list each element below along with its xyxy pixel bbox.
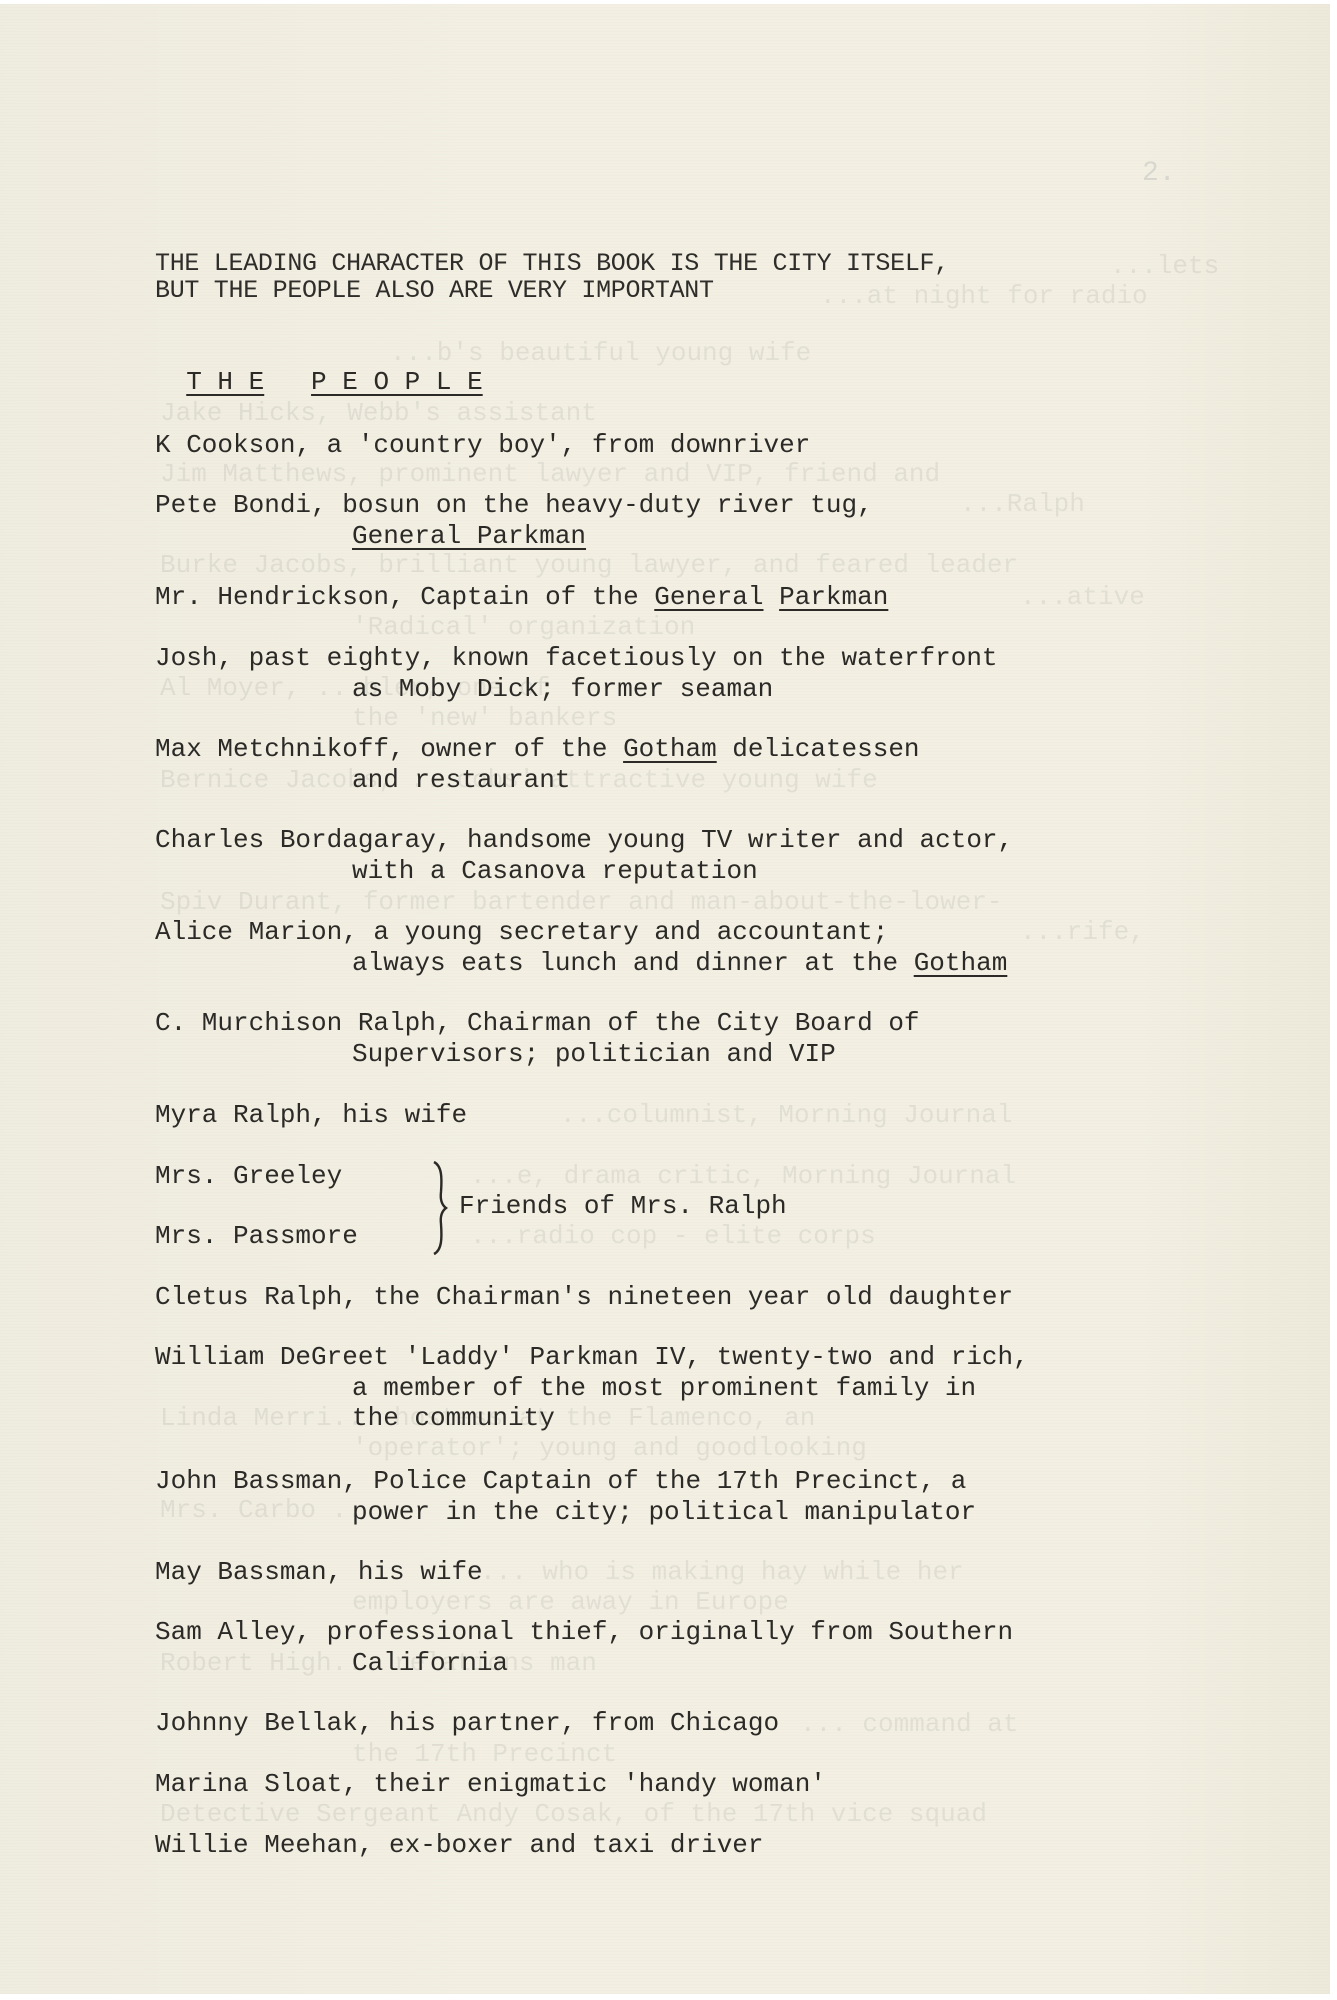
showthrough-line: Jim Matthews, prominent lawyer and VIP, … [160, 459, 940, 489]
showthrough-line: Spiv Durant, former bartender and man-ab… [160, 887, 1003, 917]
showthrough-line: Mrs. Carbo ... [160, 1495, 378, 1525]
character-entry: John Bassman, Police Captain of the 17th… [155, 1466, 966, 1496]
character-entry-continuation: as Moby Dick; former seaman [352, 674, 773, 704]
showthrough-line: Jake Hicks, Webb's assistant [160, 398, 597, 428]
showthrough-line: ...lets [1110, 251, 1219, 281]
character-entry: Charles Bordagaray, handsome young TV wr… [155, 825, 1013, 855]
grouping-brace-icon [430, 1160, 450, 1256]
character-entry: C. Murchison Ralph, Chairman of the City… [155, 1008, 920, 1038]
ship-name: General Parkman [352, 521, 586, 551]
restaurant-name: Gotham [623, 734, 717, 764]
showthrough-line: ...e, drama critic, Morning Journal [470, 1161, 1016, 1191]
character-entry: Mr. Hendrickson, Captain of the General … [155, 582, 888, 612]
character-entry: Marina Sloat, their enigmatic 'handy wom… [155, 1769, 826, 1799]
entry-text: Mr. Hendrickson, Captain of the [155, 582, 654, 612]
character-entry: Willie Meehan, ex-boxer and taxi driver [155, 1830, 764, 1860]
showthrough-line: ...radio cop - elite corps [470, 1221, 876, 1251]
character-entry: William DeGreet 'Laddy' Parkman IV, twen… [155, 1342, 1029, 1372]
character-entry: Sam Alley, professional thief, originall… [155, 1617, 1013, 1647]
showthrough-line: Burke Jacobs, brilliant young lawyer, an… [160, 550, 1018, 580]
character-entry: Pete Bondi, bosun on the heavy-duty rive… [155, 490, 873, 520]
character-entry: Mrs. Greeley [155, 1161, 342, 1191]
character-entry-continuation: and restaurant [352, 765, 570, 795]
showthrough-line: Detective Sergeant Andy Cosak, of the 17… [160, 1799, 987, 1829]
entry-text: always eats lunch and dinner at the [352, 948, 914, 978]
character-entry-continuation: California [352, 1648, 508, 1678]
showthrough-line: 'operator'; young and goodlooking [352, 1433, 867, 1463]
group-note: Friends of Mrs. Ralph [459, 1191, 787, 1221]
intro-heading-line-1: THE LEADING CHARACTER OF THIS BOOK IS TH… [155, 249, 949, 279]
ship-name-part: General [654, 582, 763, 612]
character-entry: K Cookson, a 'country boy', from downriv… [155, 430, 810, 460]
showthrough-line: employers are away in Europe [352, 1587, 789, 1617]
showthrough-line: ...Ralph [960, 489, 1085, 519]
ship-name-part: Parkman [779, 582, 888, 612]
showthrough-line: ...at night for radio [820, 281, 1148, 311]
section-title: T H E P E O P L E [155, 337, 483, 397]
showthrough-line: ... who is making hay while her [480, 1557, 964, 1587]
character-entry-continuation: General Parkman [352, 521, 586, 551]
character-entry-continuation: always eats lunch and dinner at the Goth… [352, 948, 1007, 978]
character-entry-continuation: Supervisors; politician and VIP [352, 1039, 836, 1069]
character-entry-continuation: power in the city; political manipulator [352, 1497, 976, 1527]
showthrough-line: 'Radical' organization [352, 612, 695, 642]
showthrough-line: ...ative [1020, 582, 1145, 612]
character-entry: Josh, past eighty, known facetiously on … [155, 643, 998, 673]
showthrough-line: ...rife, [1020, 917, 1145, 947]
showthrough-line: the 'new' bankers [352, 703, 617, 733]
showthrough-line: ... command at [800, 1709, 1018, 1739]
character-entry: Max Metchnikoff, owner of the Gotham del… [155, 734, 920, 764]
page-number: 2. [1142, 158, 1176, 189]
intro-heading-line-2: BUT THE PEOPLE ALSO ARE VERY IMPORTANT [155, 276, 714, 306]
section-title-word-the: T H E [186, 367, 264, 397]
character-entry: Johnny Bellak, his partner, from Chicago [155, 1708, 779, 1738]
character-entry: May Bassman, his wife [155, 1557, 483, 1587]
entry-text: Max Metchnikoff, owner of the [155, 734, 623, 764]
character-entry: Mrs. Passmore [155, 1221, 358, 1251]
character-entry-continuation: the community [352, 1403, 555, 1433]
section-title-word-people: P E O P L E [311, 367, 483, 397]
character-entry-continuation: with a Casanova reputation [352, 856, 758, 886]
character-entry: Cletus Ralph, the Chairman's nineteen ye… [155, 1282, 1013, 1312]
entry-text: delicatessen [717, 734, 920, 764]
character-entry-continuation: a member of the most prominent family in [352, 1373, 976, 1403]
character-entry: Myra Ralph, his wife [155, 1100, 467, 1130]
showthrough-line: ...columnist, Morning Journal [560, 1100, 1012, 1130]
restaurant-name: Gotham [914, 948, 1008, 978]
character-entry: Alice Marion, a young secretary and acco… [155, 917, 888, 947]
showthrough-line: the 17th Precinct [352, 1739, 617, 1769]
